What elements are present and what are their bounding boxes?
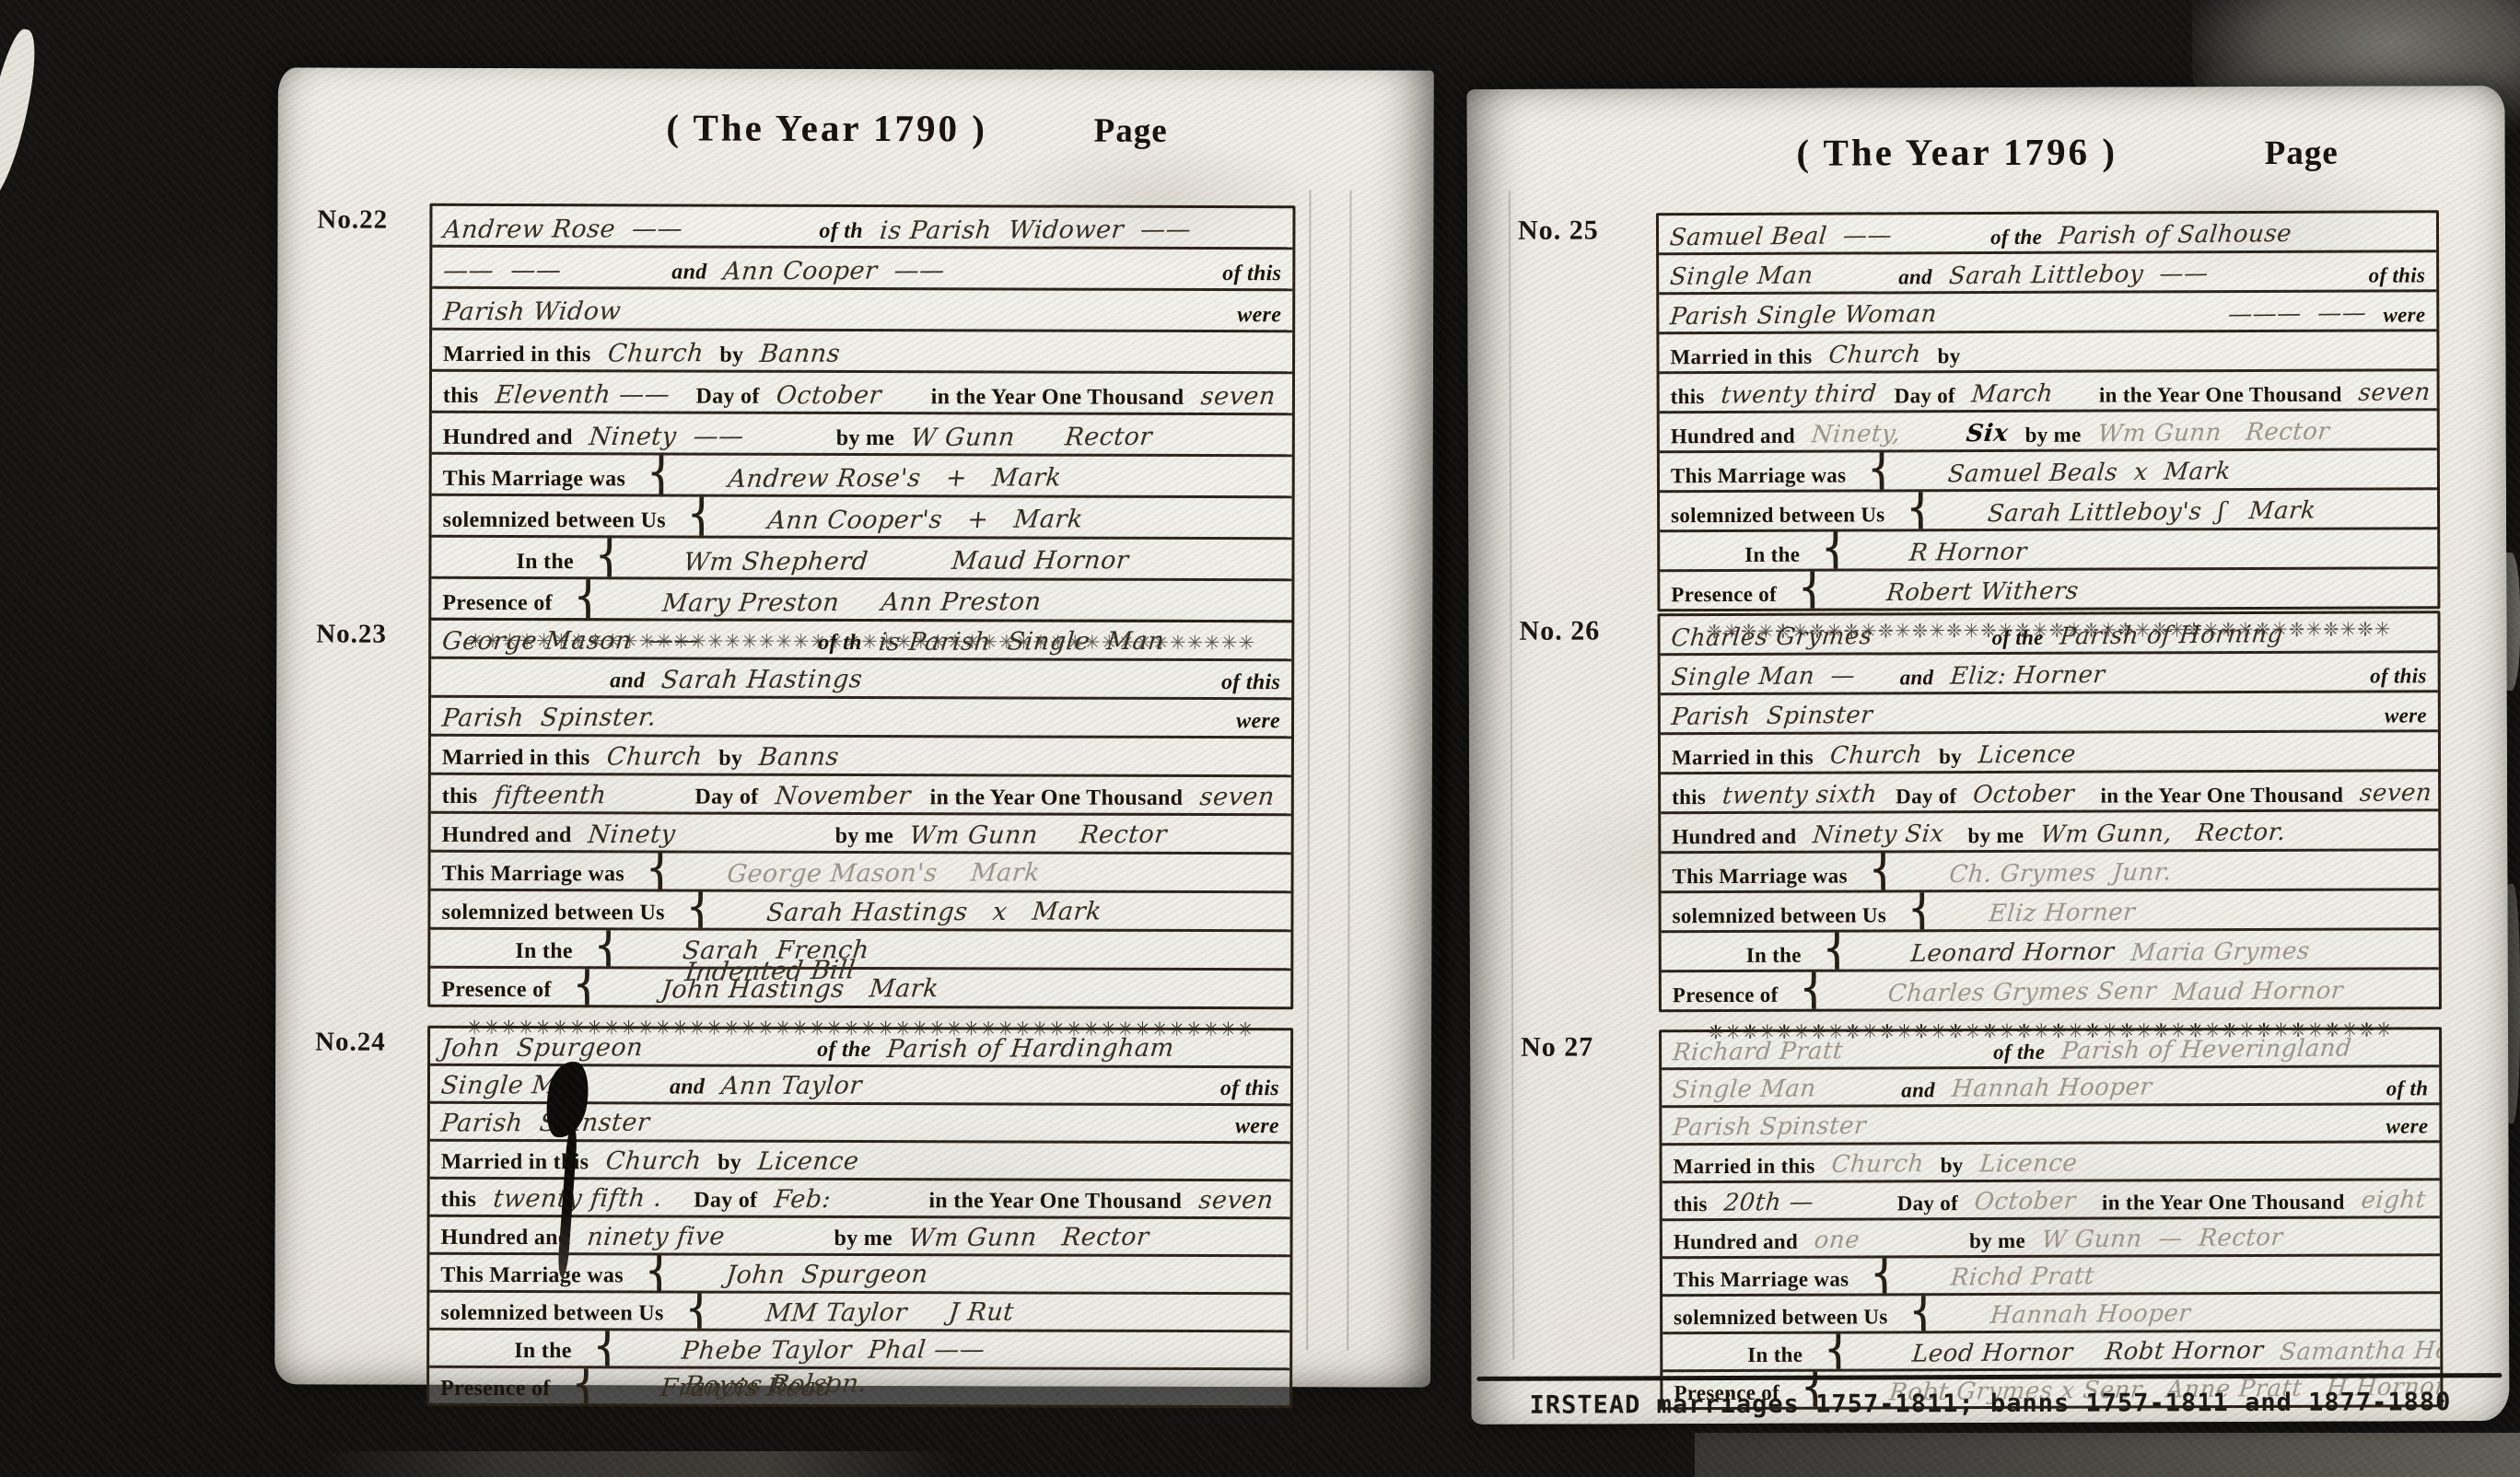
handwritten-text: Ann Cooper —— <box>722 256 947 285</box>
register-row: Hundred andNinety ——by meW Gunn Rector <box>432 413 1292 457</box>
register-row: This Marriage was{Andrew Rose's + Mark <box>432 455 1292 498</box>
printed-text: of the <box>1990 226 2042 250</box>
handwritten-text: fifteenth <box>493 781 680 810</box>
printed-text: In the <box>516 550 574 575</box>
handwritten-text: seven <box>2357 378 2432 407</box>
register-row: Married in thisChurchbyLicence <box>1661 732 2438 774</box>
handwritten-text: is Parish Single Man <box>877 627 1165 657</box>
printed-text: by me <box>1969 1229 2025 1253</box>
printed-text: Hundred and <box>1672 825 1796 849</box>
handwritten-text: Charles Grymes <box>1670 622 1977 652</box>
printed-text: of the <box>1993 1041 2045 1064</box>
printed-text: were <box>1236 709 1280 734</box>
handwritten-text: Samuel Beal —— <box>1669 221 1976 251</box>
printed-text: were <box>2385 704 2427 727</box>
handwritten-text: Leod Hornor Robt Hornor <box>1911 1337 2265 1368</box>
printed-text: Presence of <box>440 1377 551 1401</box>
register-row: Married in thisChurchbyBanns <box>432 331 1292 374</box>
printed-text: Hundred and <box>443 425 573 450</box>
printed-text: this <box>1671 385 1705 409</box>
register-row: Presence of{Robert Withers <box>1660 569 2437 609</box>
handwritten-text: Single Man <box>1672 1075 1886 1104</box>
entries-right: No. 25Samuel Beal ——of theParish of Salh… <box>1655 86 2443 1424</box>
handwritten-text: twenty sixth <box>1721 781 1881 810</box>
printed-text: were <box>1237 303 1281 328</box>
entry-box: George Mason ——of this Parish Single Man… <box>427 618 1294 1009</box>
printed-text: Day of <box>695 385 759 410</box>
handwritten-text: October <box>1972 780 2085 808</box>
curly-brace: { <box>1869 1256 1899 1297</box>
printed-text: this <box>443 384 479 409</box>
register-row: Richard Prattof theParish of Heveringlan… <box>1662 1029 2439 1070</box>
printed-text: solemnized between Us <box>440 1301 663 1327</box>
printed-text: and <box>610 669 645 693</box>
printed-text: Day of <box>694 785 758 810</box>
handwritten-text: October <box>775 381 916 411</box>
register-row: In the{Phebe Taylor Phal —— <box>429 1331 1289 1370</box>
curly-brace: { <box>573 579 603 620</box>
handwritten-text: Banns <box>758 743 841 772</box>
printed-text: of this <box>1221 670 1280 695</box>
printed-text: Day of <box>694 1189 757 1214</box>
register-row: Single ManandSarah Littleboy ——of this <box>1659 252 2436 295</box>
handwritten-text: Ninety Six <box>1812 820 1953 850</box>
printed-text: of this <box>1220 1076 1279 1101</box>
printed-text: Presence of <box>441 978 552 1003</box>
register-row: In the{R Hornor <box>1660 529 2437 572</box>
entry-box: Andrew Rose ——of this Parish Widower ———… <box>428 204 1295 622</box>
printed-text: In the <box>515 939 573 964</box>
handwritten-text: is Parish Widower —— <box>878 215 1192 245</box>
entry-box: Samuel Beal ——of theParish of SalhouseSi… <box>1656 210 2441 611</box>
register-row: George Mason ——of this Parish Single Man <box>431 621 1291 661</box>
handwritten-text: Parish of Salhouse <box>2058 220 2293 250</box>
handwritten-text: Andrew Rose's + Mark <box>727 463 1063 494</box>
curly-brace: { <box>593 930 624 971</box>
printed-text: and <box>1901 1078 1935 1102</box>
handwritten-text: seven <box>1199 382 1277 411</box>
register-row: Married in thisChurchby <box>1659 331 2436 374</box>
handwritten-text: Single Man <box>1669 262 1884 291</box>
handwritten-text: seven <box>2359 779 2433 808</box>
handwritten-text: Eliz Horner <box>1988 899 2136 928</box>
printed-text: This Marriage was <box>1672 865 1847 890</box>
printed-text: of the <box>817 1038 871 1063</box>
register-row: This Marriage was{Richd Pratt <box>1662 1256 2440 1297</box>
register-row: solemnized between Us{Ann Cooper's + Mar… <box>432 496 1292 540</box>
printed-text: in the Year One Thousand <box>2100 784 2343 808</box>
printed-text: Hundred and <box>1674 1230 1798 1254</box>
register-row: solemnized between Us{MM Taylor J Rut <box>429 1293 1289 1332</box>
handwritten-text: seven <box>1198 783 1276 811</box>
marriage-entry: No 27Richard Prattof theParish of Heveri… <box>1659 1027 2443 1410</box>
handwritten-text: Parish of Horning <box>2059 621 2284 651</box>
page-corner-sliver <box>0 26 46 204</box>
archive-caption: IRSTEAD marriages 1757-1811; banns 1757-… <box>1471 1388 2509 1420</box>
handwritten-signature: Boyes Bolson. <box>682 1367 869 1401</box>
handwritten-text: Maria Grymes <box>2129 937 2311 967</box>
printed-text: this <box>1674 1192 1708 1216</box>
register-row: Married in thisChurchbyBanns <box>431 737 1291 777</box>
register-row: thisEleventh ——Day ofOctoberin the Year … <box>432 372 1292 415</box>
handwritten-text: Phebe Taylor Phal —— <box>680 1335 986 1365</box>
handwritten-text: seven <box>1197 1186 1275 1215</box>
handwritten-text: W Gunn Rector <box>910 423 1154 452</box>
handwritten-text: twenty third <box>1720 380 1879 410</box>
curly-brace: { <box>1868 851 1898 893</box>
printed-text: this <box>1672 785 1706 809</box>
marriage-entry: No. 25Samuel Beal ——of theParish of Salh… <box>1656 210 2441 643</box>
register-row: andSarah Hastingsof this <box>431 659 1291 700</box>
printed-text: of th <box>819 219 863 244</box>
printed-text: solemnized between Us <box>1671 503 1885 528</box>
printed-text: and <box>1898 265 1932 289</box>
handwritten-text: Parish of Hardingham <box>886 1034 1176 1064</box>
printed-text: solemnized between Us <box>443 508 666 534</box>
handwritten-text: John Spurgeon <box>439 1032 801 1063</box>
handwritten-text: Sarah Littleboy's ʃ Mark <box>1986 497 2316 529</box>
register-row: Hundred andNinety,Sixby meWm Gunn Rector <box>1660 411 2437 453</box>
handwritten-text: Licence <box>1978 1149 2079 1178</box>
handwritten-text: Banns <box>759 340 842 368</box>
handwritten-text: George Mason's Mark <box>725 858 1041 888</box>
printed-text: by <box>1938 344 1961 368</box>
handwritten-text: —— —— <box>442 256 657 285</box>
register-row: solemnized between Us{Sarah Hastings x M… <box>430 891 1290 932</box>
entry-box: Charles Grymesof theParish of HorningSin… <box>1657 611 2442 1012</box>
register-row: thistwenty thirdDay ofMarchin the Year O… <box>1660 371 2437 413</box>
handwritten-text: Wm Shepherd Maud Hornor <box>682 546 1129 576</box>
entry-number: No. 25 <box>1518 215 1599 246</box>
handwritten-text: MM Taylor J Rut <box>764 1298 1016 1328</box>
printed-text: solemnized between Us <box>441 901 664 926</box>
curly-brace: { <box>644 1255 674 1295</box>
entry-number: No. 26 <box>1519 615 1600 646</box>
handwritten-text: Ninety —— <box>588 422 821 451</box>
printed-text: in the Year One Thousand <box>2102 1191 2345 1215</box>
handwritten-text: ——— —— <box>2227 299 2368 329</box>
handwritten-text: Parish of Heveringland <box>2060 1035 2353 1065</box>
register-row: Presence of{Charles Grymes SenrMaud Horn… <box>1662 970 2439 1009</box>
margin-line <box>1347 190 1351 1350</box>
curly-brace: { <box>594 538 624 581</box>
printed-text: Married in this <box>1670 345 1812 370</box>
register-row: Parish Single Woman——— ——were <box>1659 292 2436 334</box>
handwritten-text: Ann Taylor <box>720 1071 864 1100</box>
printed-text: of this <box>2369 263 2426 287</box>
register-row: In the{Leonard HornorMaria Grymes <box>1662 930 2439 972</box>
printed-text: by me <box>2025 424 2082 448</box>
printed-text: and <box>671 260 706 285</box>
register-row: thistwenty sixthDay ofOctoberin the Year… <box>1661 772 2438 814</box>
handwritten-text: Richard Pratt <box>1672 1036 1978 1066</box>
printed-text: by <box>1939 745 1962 769</box>
handwritten-text: Church <box>605 742 704 771</box>
handwritten-text: Six <box>1966 420 2011 448</box>
printed-text: of this <box>2370 664 2427 688</box>
curly-brace: { <box>686 496 717 540</box>
printed-text: were <box>1235 1114 1279 1139</box>
register-row: This Marriage was{Samuel Beals x Mark <box>1660 450 2437 493</box>
register-row: this20th —Day ofOctoberin the Year One T… <box>1662 1180 2440 1221</box>
handwritten-text: Wm Gunn Rector <box>2096 418 2331 448</box>
printed-text: this <box>441 1188 477 1213</box>
handwritten-text: 20th — <box>1722 1188 1882 1217</box>
printed-text: In the <box>514 1339 572 1364</box>
handwritten-text: Leonard Hornor <box>1909 938 2115 968</box>
printed-text: This Marriage was <box>1674 1268 1849 1293</box>
register-row: In the{Leod Hornor Robt HornorSamantha H… <box>1662 1332 2440 1372</box>
printed-text: This Marriage was <box>1671 464 1846 489</box>
register-row: Presence of{John Hastings Mark <box>430 969 1290 1006</box>
background-texture <box>313 1451 958 1477</box>
handwritten-text: Church <box>1830 1150 1925 1179</box>
printed-text: Married in this <box>1672 746 1814 771</box>
register-row: Hundred andoneby meW Gunn — Rector <box>1662 1218 2440 1259</box>
handwritten-text: Samuel Beals x Mark <box>1947 458 2233 488</box>
handwritten-text: Licence <box>1977 740 2078 769</box>
printed-text: in the Year One Thousand <box>928 1189 1182 1215</box>
handwritten-text: Andrew Rose —— <box>442 214 804 244</box>
handwritten-text: John Spurgeon <box>724 1260 928 1289</box>
printed-text: of th <box>818 631 862 656</box>
curly-brace: { <box>572 969 602 1006</box>
printed-text: Presence of <box>442 591 553 616</box>
margin-line <box>1306 190 1311 1350</box>
ink-blot-head <box>541 1058 594 1141</box>
printed-text: in the Year One Thousand <box>929 785 1183 811</box>
background-texture <box>1695 1433 2520 1477</box>
handwritten-text: Ninety, <box>1811 420 1952 449</box>
register-row: Charles Grymesof theParish of Horning <box>1660 613 2437 656</box>
register-row: This Marriage was{Ch. Grymes Junr. <box>1661 851 2438 893</box>
marriage-entry: No. 26Charles Grymesof theParish of Horn… <box>1657 611 2442 1043</box>
printed-text: Day of <box>1895 384 1955 408</box>
register-row: Andrew Rose ——of this Parish Widower —— <box>432 206 1292 250</box>
handwritten-text: Single Man — <box>1670 662 1884 692</box>
handwritten-text: Hannah Hooper <box>1950 1074 2152 1103</box>
curly-brace: { <box>685 891 716 932</box>
marriage-entry: No.22Andrew Rose ——of this Parish Widowe… <box>428 204 1295 654</box>
printed-text: this <box>442 785 478 809</box>
register-row: solemnized between Us{Hannah Hooper <box>1662 1294 2440 1334</box>
handwritten-text: George Mason —— <box>441 625 803 656</box>
curly-brace: { <box>1907 1294 1938 1334</box>
register-row: Hundred andNinety Sixby meWm Gunn, Recto… <box>1661 811 2438 854</box>
handwritten-signature: Indented Bill <box>683 954 857 987</box>
register-row: Parish Widowwere <box>432 289 1292 332</box>
register-row: Married in thisChurchbyLicence <box>1662 1143 2439 1183</box>
printed-text: Married in this <box>442 746 590 771</box>
handwritten-text: Ninety <box>587 820 820 849</box>
printed-text: Presence of <box>1673 983 1779 1007</box>
printed-text: and <box>670 1075 705 1099</box>
handwritten-text: Eliz: Horner <box>1949 661 2106 691</box>
register-row: Parish Spinsterwere <box>1661 692 2438 735</box>
register-page-right: ( The Year 1796 ) Page No. 25Samuel Beal… <box>1466 86 2509 1425</box>
printed-text: in the Year One Thousand <box>2099 383 2342 408</box>
handwritten-text: Parish Spinster. <box>440 704 658 733</box>
printed-text: This Marriage was <box>440 1263 623 1289</box>
handwritten-text: ninety five <box>586 1222 819 1251</box>
curly-brace: { <box>1905 490 1935 532</box>
printed-text: by <box>718 747 742 772</box>
handwritten-text: Parish Spinster <box>439 1109 651 1138</box>
curly-brace: { <box>571 1368 601 1405</box>
curly-brace: { <box>592 1331 623 1370</box>
register-row: Samuel Beal ——of theParish of Salhouse <box>1659 213 2436 255</box>
printed-text: This Marriage was <box>443 467 625 493</box>
printed-text: Married in this <box>1674 1155 1815 1180</box>
handwritten-text: Mary Preston Ann Preston <box>660 587 1042 618</box>
printed-text: Day of <box>1897 1192 1958 1215</box>
handwritten-text: Parish Single Woman <box>1669 300 1938 331</box>
printed-text: and <box>1900 666 1934 690</box>
margin-line <box>1509 191 1514 1360</box>
printed-text: by <box>717 1151 741 1176</box>
entry-number: No.22 <box>317 204 388 235</box>
handwritten-text: Ch. Grymes Junr. <box>1948 858 2173 889</box>
printed-text: solemnized between Us <box>1673 903 1887 928</box>
handwritten-text: Wm Gunn Rector <box>907 1223 1150 1252</box>
printed-text: This Marriage was <box>442 862 624 888</box>
printed-text: In the <box>1747 1343 1802 1367</box>
handwritten-text: Church <box>606 339 705 367</box>
curly-brace: { <box>1823 1332 1853 1372</box>
handwritten-text: Parish Widow <box>442 297 623 327</box>
marriage-entry: No.23George Mason ——of this Parish Singl… <box>427 618 1294 1041</box>
handwritten-text: Sarah Hastings <box>660 665 864 694</box>
handwritten-text: Samantha Hornor <box>2279 1336 2440 1367</box>
handwritten-text: Eleventh —— <box>494 380 681 410</box>
printed-text: by me <box>836 426 895 451</box>
curly-brace: { <box>684 1293 715 1332</box>
register-row: In the{Wm Shepherd Maud Hornor <box>431 538 1291 581</box>
handwritten-text: October <box>1974 1187 2087 1215</box>
handwritten-text: Ann Cooper's + Mark <box>766 505 1084 534</box>
entry-number: No 27 <box>1521 1031 1593 1063</box>
printed-text: in the Year One Thousand <box>931 385 1184 411</box>
handwritten-text: Maud Hornor <box>2171 977 2344 1006</box>
handwritten-text: Hannah Hooper <box>1989 1299 2191 1329</box>
printed-text: by me <box>834 1227 892 1251</box>
handwritten-text: March <box>1970 379 2083 408</box>
printed-text: of the <box>1992 626 2044 650</box>
handwritten-text: Sarah Littleboy —— <box>1947 260 2209 290</box>
handwritten-text: Wm Gunn Rector <box>908 820 1168 850</box>
register-row: Single Man —andEliz: Hornerof this <box>1661 653 2438 695</box>
handwritten-text: Charles Grymes Senr <box>1886 977 2157 1007</box>
register-page-left: ( The Year 1790 ) Page No.22Andrew Rose … <box>274 67 1434 1387</box>
curly-brace: { <box>1820 529 1850 572</box>
handwritten-text: Feb: <box>773 1185 914 1215</box>
curly-brace: { <box>1798 970 1828 1009</box>
printed-text: of this <box>1222 262 1281 286</box>
printed-text: Married in this <box>443 343 591 367</box>
printed-text: by me <box>835 824 894 849</box>
register-row: —— ——andAnn Cooper ——of this <box>432 248 1292 291</box>
register-photograph: ( The Year 1790 ) Page No.22Andrew Rose … <box>0 0 2520 1477</box>
handwritten-text: Richd Pratt <box>1950 1262 2096 1292</box>
printed-text: by <box>719 343 743 368</box>
curly-brace: { <box>1866 450 1896 493</box>
ink-blot <box>546 1061 593 1291</box>
printed-text: were <box>2386 1114 2428 1138</box>
curly-brace: { <box>1822 930 1852 972</box>
printed-text: of th <box>2386 1076 2429 1100</box>
handwritten-text: November <box>774 782 915 811</box>
handwritten-text: one <box>1814 1226 1954 1255</box>
entry-number: No.23 <box>316 619 387 649</box>
register-row: solemnized between Us{Sarah Littleboy's … <box>1660 490 2437 532</box>
handwritten-text: eight <box>2360 1186 2427 1215</box>
handwritten-text: Church <box>1827 341 1922 369</box>
register-row: Hundred andNinetyby meWm Gunn Rector <box>431 814 1291 855</box>
printed-text: Presence of <box>1671 583 1777 607</box>
printed-text: In the <box>1744 543 1800 567</box>
curly-brace: { <box>1907 890 1937 933</box>
curly-brace: { <box>1797 569 1827 609</box>
handwritten-text: Robert Withers <box>1885 577 2080 607</box>
handwritten-text: Sarah Hastings x Mark <box>765 897 1103 927</box>
register-row: Parish Spinsterwere <box>1662 1105 2439 1146</box>
handwritten-text: Church <box>1829 741 1924 770</box>
handwritten-text: W Gunn — Rector <box>2040 1224 2284 1254</box>
register-row: thisfifteenthDay ofNovemberin the Year O… <box>431 775 1291 816</box>
handwritten-text: Parish Spinster <box>1672 1112 1868 1142</box>
curly-brace: { <box>645 853 675 893</box>
printed-text: by <box>1941 1154 1964 1178</box>
entry-number: No.24 <box>315 1027 386 1057</box>
printed-text: Hundred and <box>442 823 572 848</box>
handwritten-text: Wm Gunn, Rector. <box>2039 819 2287 849</box>
handwritten-text: Parish Spinster <box>1670 702 1873 731</box>
printed-text: Hundred and <box>1671 424 1795 448</box>
handwritten-text: Church <box>604 1146 703 1175</box>
printed-text: were <box>2383 303 2425 327</box>
printed-text: Day of <box>1896 785 1956 808</box>
printed-text: solemnized between Us <box>1674 1305 1888 1330</box>
printed-text: In the <box>1746 944 1802 968</box>
handwritten-text: Licence <box>756 1147 860 1176</box>
register-row: Single ManandHannah Hooperof th <box>1662 1067 2439 1108</box>
entry-box: Richard Prattof theParish of Heveringlan… <box>1659 1027 2443 1410</box>
register-row: Presence of{Mary Preston Ann Preston <box>431 579 1291 620</box>
ink-blot-tail <box>557 1125 578 1277</box>
printed-text: by me <box>1967 824 2024 848</box>
register-row: In the{Sarah French <box>430 930 1290 971</box>
register-row: solemnized between Us{Eliz Horner <box>1662 890 2439 933</box>
handwritten-text: R Hornor <box>1908 538 2028 566</box>
register-row: Parish Spinster.were <box>431 698 1291 738</box>
curly-brace: { <box>646 455 676 498</box>
register-row: This Marriage was{George Mason's Mark <box>431 853 1291 893</box>
